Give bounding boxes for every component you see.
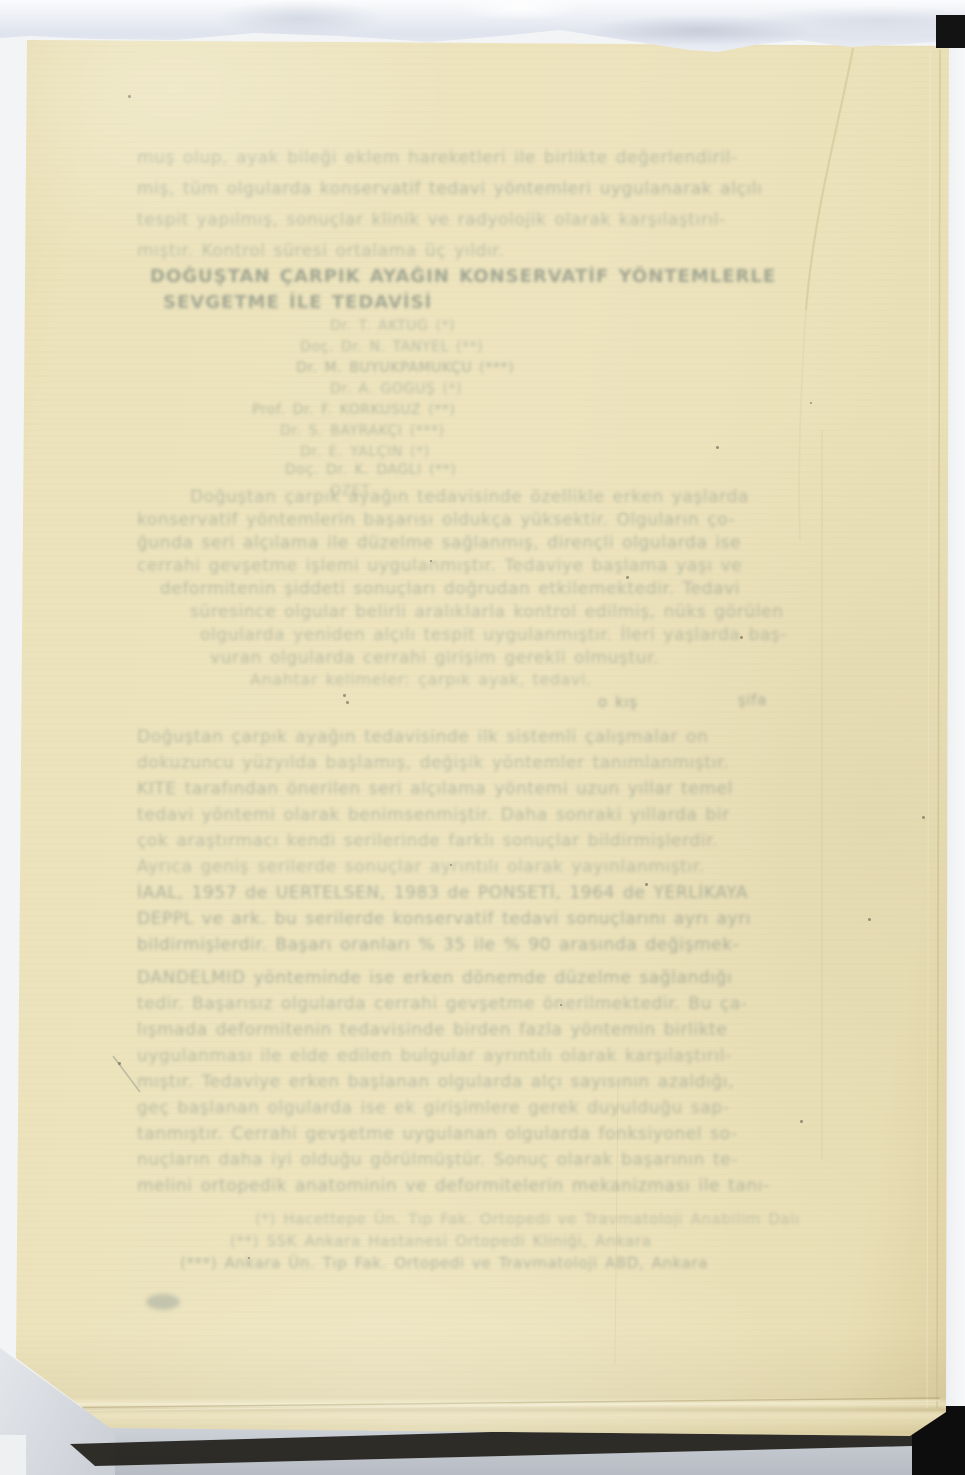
- bleed-text-line: Ayrıca geniş serilerde sonuçlar ayrıntıl…: [137, 857, 837, 877]
- bleed-text-line: Doç. Dr. N. TANYEL (**): [300, 339, 670, 355]
- bleed-text-line: tedavi yöntemi olarak benimsenmiştir. Da…: [137, 805, 852, 825]
- bleed-text-line: şifa: [738, 691, 780, 709]
- bleed-text-line: nuçların daha iyi olduğu görülmüştür. So…: [137, 1150, 852, 1170]
- paper-speck: [346, 701, 349, 704]
- bleed-text-line: lışmada deformitenin tedavisinde birden …: [137, 1020, 852, 1040]
- bleed-text-line: DOĞUŞTAN ÇARPIK AYAĞIN KONSERVATİF YÖNTE…: [150, 266, 852, 287]
- paper-speck: [800, 1120, 803, 1123]
- bleed-text-line: ğunda seri alçılama ile düzelme sağlanmı…: [137, 533, 852, 553]
- bleed-text-line: Doç. Dr. K. DAĞLI (**): [285, 462, 705, 478]
- paper-speck: [430, 560, 432, 562]
- bleed-text-line: Dr. A. GÖĞÜŞ (*): [330, 381, 720, 397]
- paper-speck: [450, 864, 452, 866]
- paper-speck: [128, 95, 131, 98]
- bleed-text-line: (***) Ankara Ün. Tıp Fak. Ortopedi ve Tr…: [180, 1254, 780, 1272]
- bleed-text-line: mıştır. Kontrol süresi ortalama üç yıldı…: [137, 241, 567, 261]
- bleed-text-line: cerrahi gevşetme işlemi uygulanmıştır. T…: [137, 556, 852, 576]
- paper-speck: [343, 694, 346, 697]
- paper-speck: [560, 1004, 562, 1006]
- registration-mark-top-right-icon: [936, 15, 965, 48]
- bleed-text-line: olgularda yeniden alçılı tespit uygulanm…: [200, 625, 800, 645]
- paper-sheet: muş olup, ayak bileği eklem hareketleri …: [0, 0, 965, 1475]
- bleed-text-line: İAAL, 1957 de UERTELSEN, 1983 de PONSETİ…: [137, 883, 855, 903]
- page-number-smudge: [146, 1294, 180, 1310]
- paper-speck: [868, 918, 871, 921]
- bleed-text-line: muş olup, ayak bileği eklem hareketleri …: [137, 148, 852, 168]
- bleed-text-line: çok araştırmacı kendi serilerinde farklı…: [137, 831, 852, 851]
- bleed-text-line: Doğuştan çarpık ayağın tedavisinde özell…: [190, 487, 850, 507]
- bleed-text-line: Dr. S. BAYRAKÇI (***): [280, 423, 710, 439]
- bleed-text-line: Prof. Dr. F. KORKUSUZ (**): [252, 402, 742, 418]
- bleed-text-line: Dr. T. AKTUĞ (*): [330, 318, 630, 334]
- bleed-text-line: Doğuştan çarpık ayağın tedavisinde ilk s…: [137, 727, 852, 747]
- bleed-text-line: mıştır. Tedaviye erken başlanan olgulard…: [137, 1072, 852, 1092]
- paper-speck: [645, 883, 648, 886]
- paper-speck: [810, 402, 812, 404]
- bleed-text-line: süresince olgular belirli aralıklarla ko…: [190, 602, 830, 622]
- bleed-text-line: (*) Hacettepe Ün. Tıp Fak. Ortopedi ve T…: [255, 1210, 855, 1228]
- bleed-text-line: uygulanması ile elde edilen bulgular ayr…: [137, 1046, 852, 1066]
- bleed-text-line: SEVGETME İLE TEDAVİSİ: [163, 292, 660, 313]
- bleed-text-line: (**) SSK Ankara Hastanesi Ortopedi Klini…: [230, 1232, 850, 1250]
- bleed-text-line: konservatif yöntemlerin başarısı oldukça…: [137, 510, 852, 530]
- paper-speck: [740, 636, 743, 639]
- bleed-text-line: geç başlanan olgularda ise ek girişimler…: [137, 1098, 852, 1118]
- bleed-text-line: DANDELMID yönteminde ise erken dönemde d…: [137, 968, 852, 988]
- paper-speck: [922, 816, 925, 819]
- bleed-text-line: Dr. E. YALÇIN (*): [300, 444, 650, 460]
- bleed-text-line: DEPPL ve ark. bu serilerde konservatif t…: [137, 909, 852, 929]
- bleed-text-line: tanmıştır. Cerrahi gevşetme uygulanan ol…: [137, 1124, 852, 1144]
- scanned-page-root: muş olup, ayak bileği eklem hareketleri …: [0, 0, 965, 1475]
- bleed-text-line: vuran olgularda cerrahi girişim gerekli …: [210, 648, 770, 668]
- bleed-text-line: miş, tüm olgularda konservatif tedavi yö…: [137, 179, 855, 199]
- bleed-text-line: Anahtar kelimeler: çarpık ayak, tedavi.: [250, 670, 670, 689]
- bleed-text-line: deformitenin şiddeti sonuçları doğrudan …: [160, 579, 840, 599]
- bleed-text-line: KITE tarafından önerilen seri alçılama y…: [137, 779, 852, 799]
- scanner-surface-sliver: [0, 1435, 26, 1475]
- bleed-text-line: Dr. M. BÜYÜKPAMUKÇU (***): [296, 360, 726, 376]
- paper-speck: [248, 1257, 250, 1259]
- bleed-text-line: melini ortopedik anatominin ve deformite…: [137, 1176, 837, 1196]
- paper-speck: [716, 446, 719, 449]
- bleed-text-line: tedir. Başarısız olgularda cerrahi gevşe…: [137, 994, 852, 1014]
- bleed-text-line: tespit yapılmış, sonuçlar klinik ve rady…: [137, 210, 852, 230]
- bleed-text-line: bildirmişlerdir. Başarı oranları % 35 il…: [137, 935, 852, 955]
- crease-lines-overlay: [0, 0, 965, 1475]
- bleed-text-line: dokuzuncu yüzyılda başlamış, değişik yön…: [137, 753, 852, 773]
- paper-speck: [118, 1062, 121, 1065]
- bleed-text-line: ÖZET: [330, 483, 590, 499]
- bleed-text-layer: muş olup, ayak bileği eklem hareketleri …: [0, 0, 965, 1475]
- paper-speck: [626, 576, 629, 579]
- bleed-text-line: o kış: [598, 693, 650, 711]
